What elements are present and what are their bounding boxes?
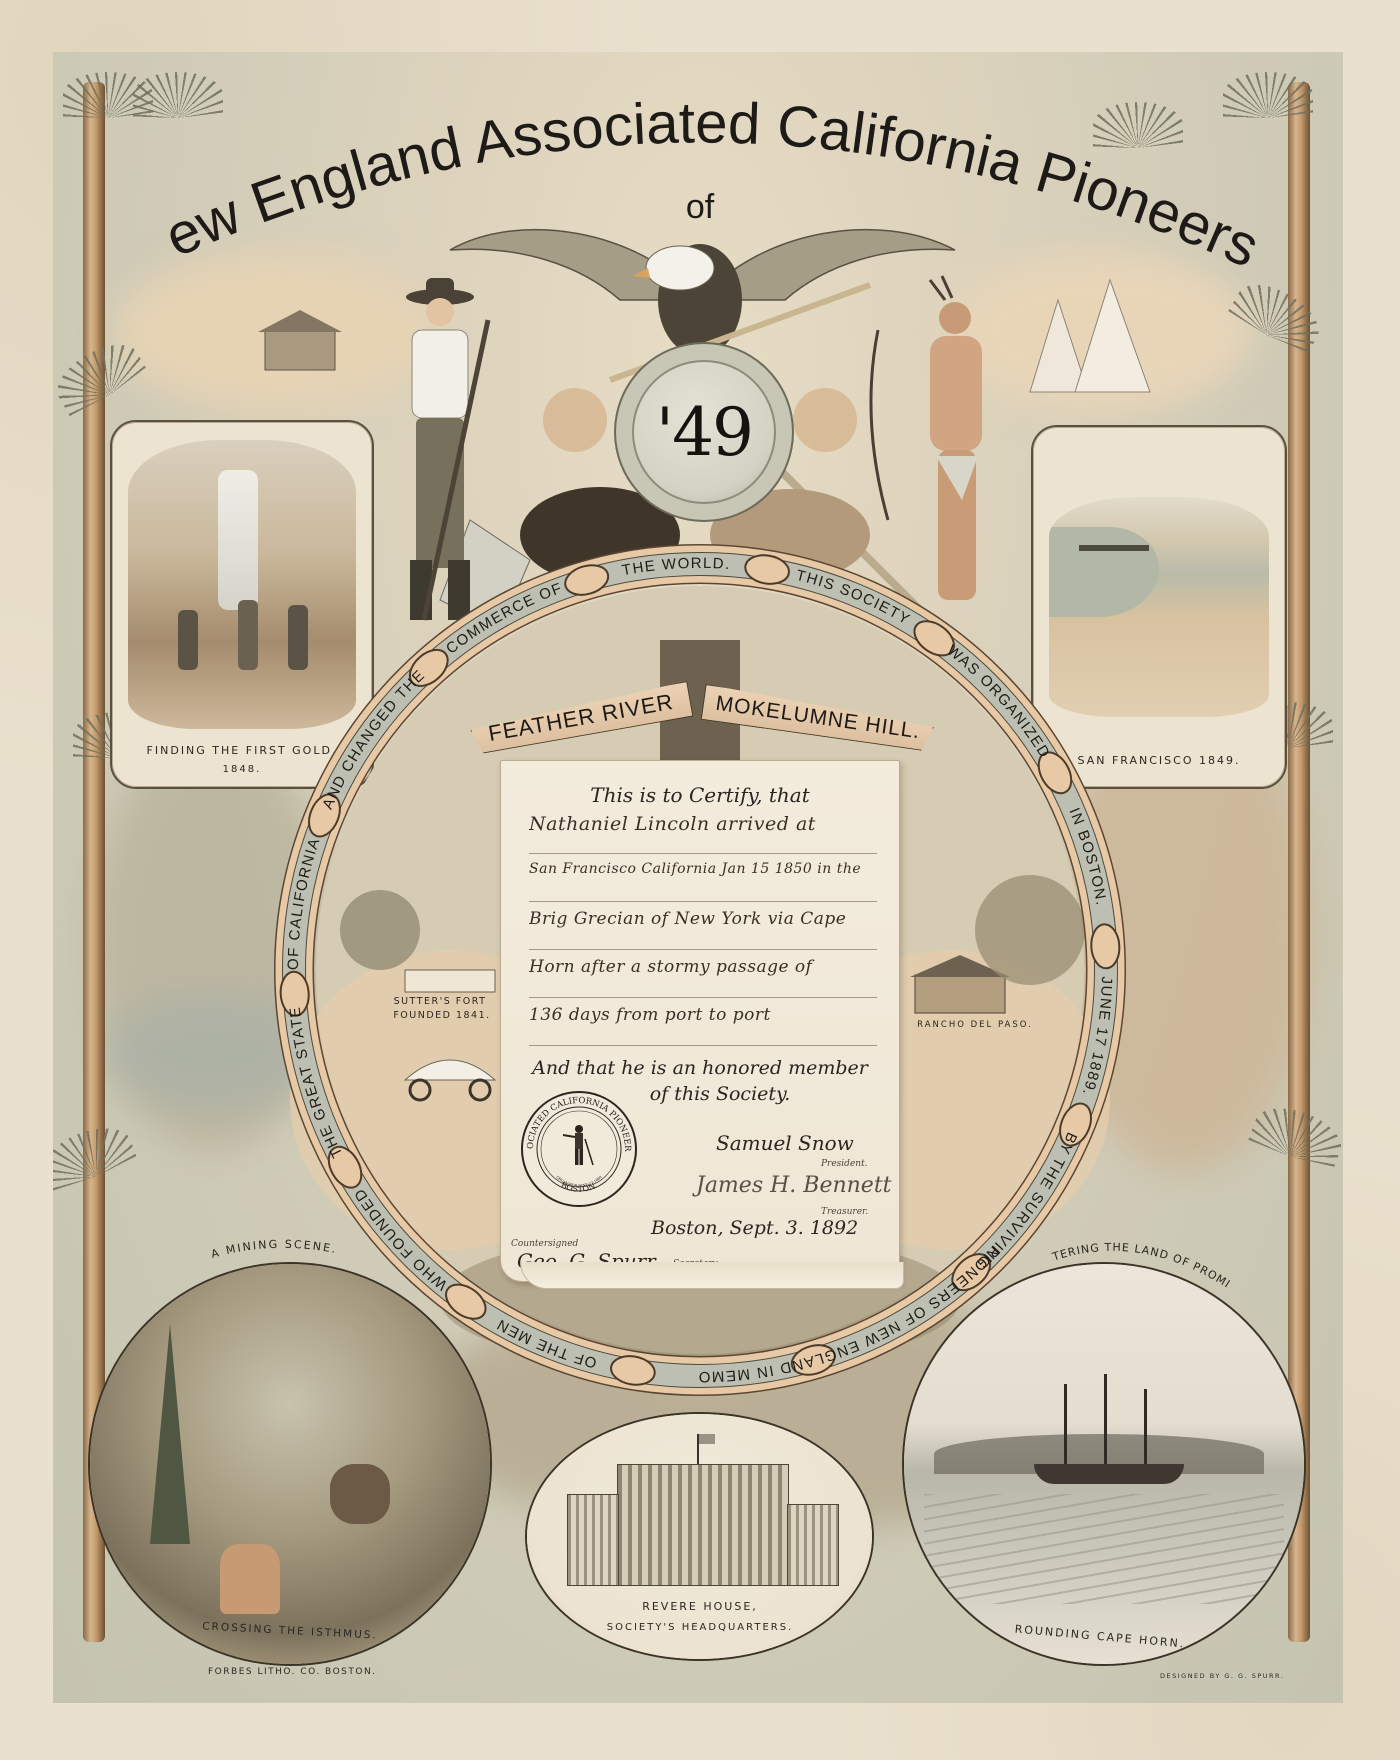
designer-credit: Designed by G. G. Spurr. bbox=[1160, 1672, 1284, 1680]
revere-house-wing-icon bbox=[567, 1494, 619, 1586]
ship-hull-icon bbox=[1034, 1464, 1184, 1484]
entering-caption: ENTERING THE LAND OF PROMISE bbox=[0, 0, 1233, 1291]
vignette-isthmus bbox=[88, 1262, 492, 1666]
ship-mast-icon bbox=[1064, 1384, 1067, 1464]
revere-house-wing-icon bbox=[787, 1504, 839, 1586]
ship-mast-icon bbox=[1104, 1374, 1107, 1464]
mule-train-icon bbox=[330, 1464, 390, 1524]
horse-rider-icon bbox=[220, 1544, 280, 1614]
vignette-cape-horn bbox=[902, 1262, 1306, 1666]
isthmus-scene bbox=[90, 1264, 490, 1664]
printer-credit: Forbes Litho. Co. Boston. bbox=[208, 1667, 377, 1677]
mining-scene-caption: A MINING SCENE. bbox=[210, 1238, 339, 1261]
ship-mast-icon bbox=[1144, 1389, 1147, 1464]
flag-icon bbox=[699, 1434, 715, 1444]
revere-caption: Revere House, bbox=[560, 1600, 840, 1613]
revere-sub: Society's Headquarters. bbox=[560, 1622, 840, 1633]
revere-house-building-icon bbox=[617, 1464, 789, 1586]
waves bbox=[924, 1494, 1284, 1604]
